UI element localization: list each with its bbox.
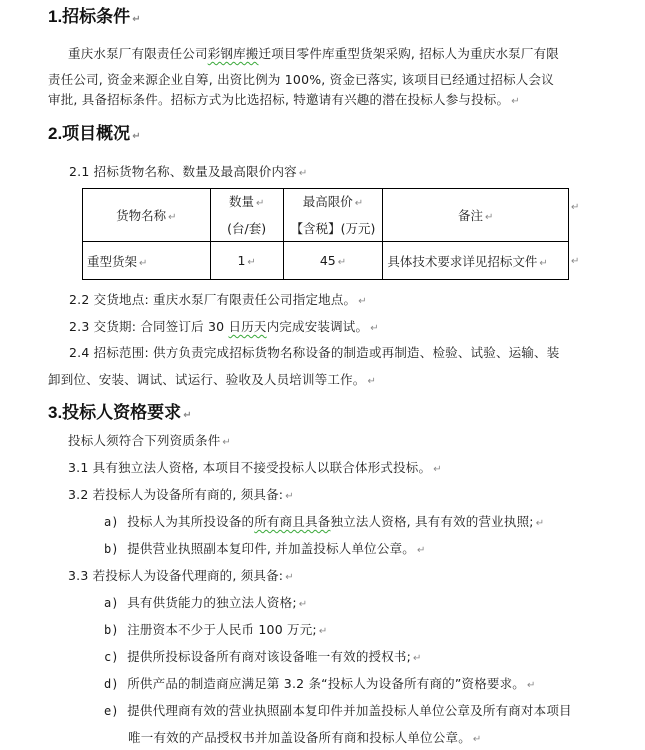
list-item-3-3-d: d) 所供产品的制造商应满足第 3.2 条“投标人为设备所有商的”资格要求。↵: [104, 674, 536, 692]
list-item-3-3-e-continuation: 唯一有效的产品授权书并加盖设备所有商和投标人单位公章。↵: [128, 728, 482, 746]
list-item-3-3-b: b) 注册资本不少于人民币 100 万元;↵: [104, 620, 327, 638]
spellcheck-squiggle: 所有商且具备: [254, 514, 330, 529]
subsection-2-4-line-2: 卸到位、安装、调试、试运行、验收及人员培训等工作。↵: [48, 370, 376, 388]
subsection-2-3: 2.3 交货期: 合同签订后 30 日历天内完成安装调试。↵: [69, 317, 379, 335]
list-item-3-3-e: e) 提供代理商有效的营业执照副本复印件并加盖投标人单位公章及所有商对本项目: [104, 701, 572, 719]
row-end-mark: ↵: [571, 256, 579, 267]
spellcheck-squiggle: 日历天: [229, 319, 267, 334]
table-cell: 1↵: [210, 242, 283, 280]
table-header-cell: 备注↵: [383, 189, 569, 242]
item-3-3: 3.3 若投标人为设备代理商的, 须具备:↵: [68, 566, 294, 584]
table-cell: 45↵: [283, 242, 383, 280]
goods-table: 货物名称↵ 数量↵(台/套) 最高限价↵【含税】(万元) 备注↵ 重型货架↵ 1…: [82, 188, 569, 280]
subsection-2-2: 2.2 交货地点: 重庆水泵厂有限责任公司指定地点。↵: [69, 290, 367, 308]
table-cell: 具体技术要求详见招标文件↵: [383, 242, 569, 280]
row-end-mark: ↵: [571, 202, 579, 213]
heading-section-2: 2.项目概况↵: [48, 119, 141, 144]
list-item-3-2-a: a) 投标人为其所投设备的所有商且具备独立法人资格, 具有有效的营业执照;↵: [104, 512, 544, 530]
section-1-paragraph-line-1: 重庆水泵厂有限责任公司彩钢库搬迁项目零件库重型货架采购, 招标人为重庆水泵厂有限: [68, 44, 559, 62]
spellcheck-squiggle: 彩钢库搬: [208, 46, 259, 61]
section-1-paragraph-line-3: 审批, 具备招标条件。招标方式为比选招标, 特邀请有兴趣的潜在投标人参与投标。↵: [48, 90, 520, 108]
subsection-2-1: 2.1 招标货物名称、数量及最高限价内容↵: [69, 162, 307, 180]
subsection-2-4-line-1: 2.4 招标范围: 供方负责完成招标货物名称设备的制造或再制造、检验、试验、运输…: [69, 343, 559, 361]
section-1-paragraph-line-2: 责任公司, 资金来源企业自筹, 出资比例为 100%, 资金已落实, 该项目已经…: [48, 70, 554, 88]
heading-section-3: 3.投标人资格要求↵: [48, 398, 192, 423]
item-3-2: 3.2 若投标人为设备所有商的, 须具备:↵: [68, 485, 294, 503]
table-header-row: 货物名称↵ 数量↵(台/套) 最高限价↵【含税】(万元) 备注↵: [83, 189, 569, 242]
table-header-cell: 数量↵(台/套): [210, 189, 283, 242]
table-header-cell: 货物名称↵: [83, 189, 211, 242]
item-3-1: 3.1 具有独立法人资格, 本项目不接受投标人以联合体形式投标。↵: [68, 458, 442, 476]
list-item-3-3-c: c) 提供所投标设备所有商对该设备唯一有效的授权书;↵: [104, 647, 422, 665]
section-3-intro: 投标人须符合下列资质条件↵: [68, 431, 231, 449]
table-row: 重型货架↵ 1↵ 45↵ 具体技术要求详见招标文件↵: [83, 242, 569, 280]
list-item-3-3-a: a) 具有供货能力的独立法人资格;↵: [104, 593, 307, 611]
table-header-cell: 最高限价↵【含税】(万元): [283, 189, 383, 242]
table-cell: 重型货架↵: [83, 242, 211, 280]
heading-section-1: 1.招标条件↵: [48, 2, 141, 27]
list-item-3-2-b: b) 提供营业执照副本复印件, 并加盖投标人单位公章。↵: [104, 539, 426, 557]
